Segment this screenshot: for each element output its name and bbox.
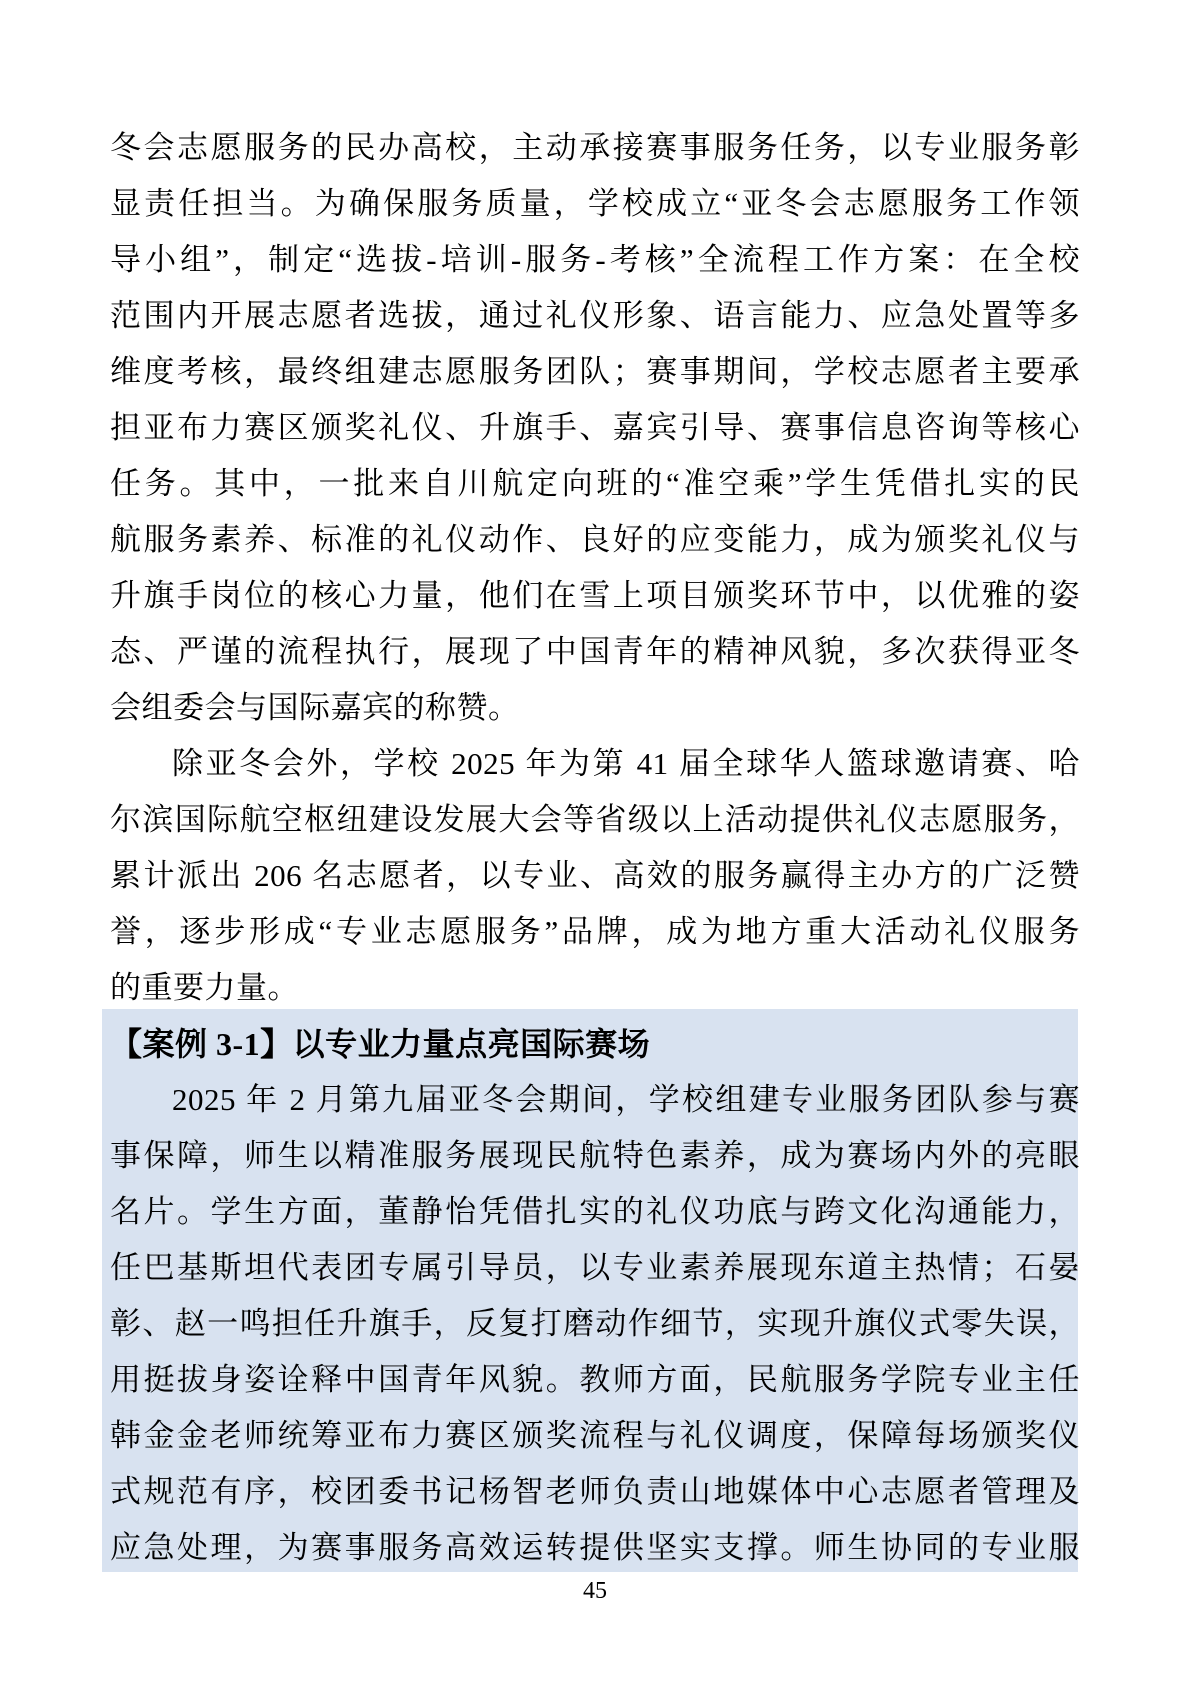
- text-line: 态、严谨的流程执行，展现了中国青年的精神风貌，多次获得亚冬: [110, 624, 1080, 680]
- text-line: 导小组”，制定“选拔-培训-服务-考核”全流程工作方案：在全校: [110, 232, 1080, 288]
- text-line: 的重要力量。: [110, 960, 1080, 1016]
- text-line: 维度考核，最终组建志愿服务团队；赛事期间，学校志愿者主要承: [110, 344, 1080, 400]
- text-line: 誉，逐步形成“专业志愿服务”品牌，成为地方重大活动礼仪服务: [110, 904, 1080, 960]
- document-page: 冬会志愿服务的民办高校，主动承接赛事服务任务，以专业服务彰 显责任担当。为确保服…: [0, 0, 1190, 1683]
- case-heading: 【案例 3-1】以专业力量点亮国际赛场: [110, 1016, 1080, 1072]
- text-line: 升旗手岗位的核心力量，他们在雪上项目颁奖环节中，以优雅的姿: [110, 568, 1080, 624]
- case-text-line: 用挺拔身姿诠释中国青年风貌。教师方面，民航服务学院专业主任: [110, 1352, 1080, 1408]
- text-line: 担亚布力赛区颁奖礼仪、升旗手、嘉宾引导、赛事信息咨询等核心: [110, 400, 1080, 456]
- text-line: 显责任担当。为确保服务质量，学校成立“亚冬会志愿服务工作领: [110, 176, 1080, 232]
- case-text-line: 式规范有序，校团委书记杨智老师负责山地媒体中心志愿者管理及: [110, 1464, 1080, 1520]
- text-line: 尔滨国际航空枢纽建设发展大会等省级以上活动提供礼仪志愿服务，: [110, 792, 1080, 848]
- case-text-line: 事保障，师生以精准服务展现民航特色素养，成为赛场内外的亮眼: [110, 1128, 1080, 1184]
- page-number: 45: [0, 1576, 1190, 1606]
- text-line: 范围内开展志愿者选拔，通过礼仪形象、语言能力、应急处置等多: [110, 288, 1080, 344]
- case-text-line: 彰、赵一鸣担任升旗手，反复打磨动作细节，实现升旗仪式零失误，: [110, 1296, 1080, 1352]
- case-text-line: 名片。学生方面，董静怡凭借扎实的礼仪功底与跨文化沟通能力，: [110, 1184, 1080, 1240]
- text-line: 会组委会与国际嘉宾的称赞。: [110, 680, 1080, 736]
- text-line: 累计派出 206 名志愿者，以专业、高效的服务赢得主办方的广泛赞: [110, 848, 1080, 904]
- text-line: 任务。其中，一批来自川航定向班的“准空乘”学生凭借扎实的民: [110, 456, 1080, 512]
- text-line: 冬会志愿服务的民办高校，主动承接赛事服务任务，以专业服务彰: [110, 120, 1080, 176]
- case-text-line: 任巴基斯坦代表团专属引导员，以专业素养展现东道主热情；石晏: [110, 1240, 1080, 1296]
- case-text-line: 韩金金老师统筹亚布力赛区颁奖流程与礼仪调度，保障每场颁奖仪: [110, 1408, 1080, 1464]
- text-block: 冬会志愿服务的民办高校，主动承接赛事服务任务，以专业服务彰 显责任担当。为确保服…: [110, 120, 1080, 1576]
- text-line: 除亚冬会外，学校 2025 年为第 41 届全球华人篮球邀请赛、哈: [110, 736, 1080, 792]
- text-line: 航服务素养、标准的礼仪动作、良好的应变能力，成为颁奖礼仪与: [110, 512, 1080, 568]
- case-text-line: 2025 年 2 月第九届亚冬会期间，学校组建专业服务团队参与赛: [110, 1072, 1080, 1128]
- case-text-line: 应急处理，为赛事服务高效运转提供坚实支撑。师生协同的专业服: [110, 1520, 1080, 1576]
